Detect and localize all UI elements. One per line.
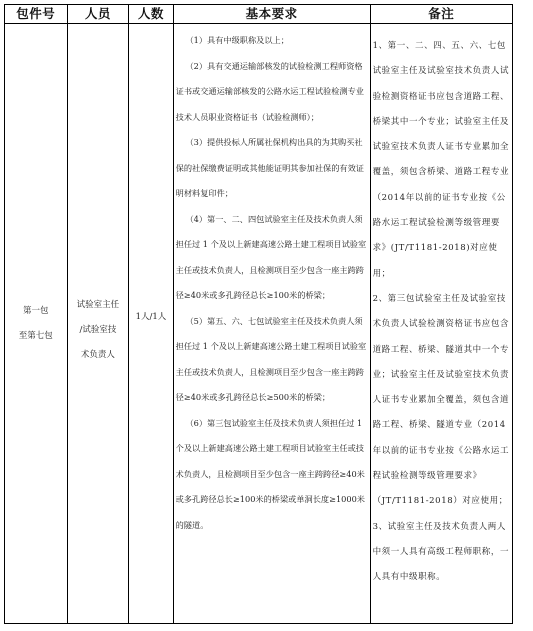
header-notes: 备注 (370, 5, 512, 24)
package-line: 至第七包 (5, 324, 67, 349)
header-requirements: 基本要求 (173, 5, 370, 24)
requirements-table: 包件号 人员 人数 基本要求 备注 第一包 至第七包 试验室主任 /试验室技 术… (4, 4, 513, 624)
note-item: 1、第一、二、四、五、六、七包试验室主任及试验室技术负责人试验检测资格证书应包含… (373, 34, 510, 287)
header-row: 包件号 人员 人数 基本要求 备注 (5, 5, 513, 24)
cell-count: 1人/1人 (129, 24, 173, 624)
header-package: 包件号 (5, 5, 68, 24)
note-item: 3、试验室主任及技术负责人两人中须一人具有高级工程师职称，一人具有中级职称。 (373, 515, 510, 591)
count-value: 1人/1人 (129, 305, 172, 330)
requirement-item: （5）第五、六、七包试验室主任及技术负责人须担任过 1 个及以上新建高速公路土建… (176, 309, 368, 411)
note-item: 2、第三包试验室主任及试验室技术负责人试验检测资格证书应包含道路工程、桥梁、隧道… (373, 287, 510, 515)
cell-package: 第一包 至第七包 (5, 24, 68, 624)
header-count: 人数 (129, 5, 173, 24)
personnel-line: 试验室主任 (68, 293, 129, 318)
requirement-item: （3）提供投标人所属社保机构出具的为其购买社保的社保缴费证明或其他能证明其参加社… (176, 130, 368, 207)
package-line: 第一包 (5, 299, 67, 324)
personnel-line: /试验室技 (68, 318, 129, 343)
requirement-item: （6）第三包试验室主任及技术负责人须担任过 1 个及以上新建高速公路土建工程项目… (176, 411, 368, 539)
cell-notes: 1、第一、二、四、五、六、七包试验室主任及试验室技术负责人试验检测资格证书应包含… (370, 24, 512, 624)
header-personnel: 人员 (67, 5, 129, 24)
requirement-item: （2）具有交通运输部核发的试验检测工程师资格证书或交通运输部核发的公路水运工程试… (176, 54, 368, 131)
requirement-item: （4）第一、二、四包试验室主任及技术负责人须担任过 1 个及以上新建高速公路土建… (176, 207, 368, 309)
personnel-line: 术负责人 (68, 343, 129, 368)
cell-requirements: （1）具有中级职称及以上； （2）具有交通运输部核发的试验检测工程师资格证书或交… (173, 24, 370, 624)
requirement-item: （1）具有中级职称及以上； (176, 28, 368, 54)
table-row: 第一包 至第七包 试验室主任 /试验室技 术负责人 1人/1人 （1）具有中级职… (5, 24, 513, 624)
cell-personnel: 试验室主任 /试验室技 术负责人 (67, 24, 129, 624)
